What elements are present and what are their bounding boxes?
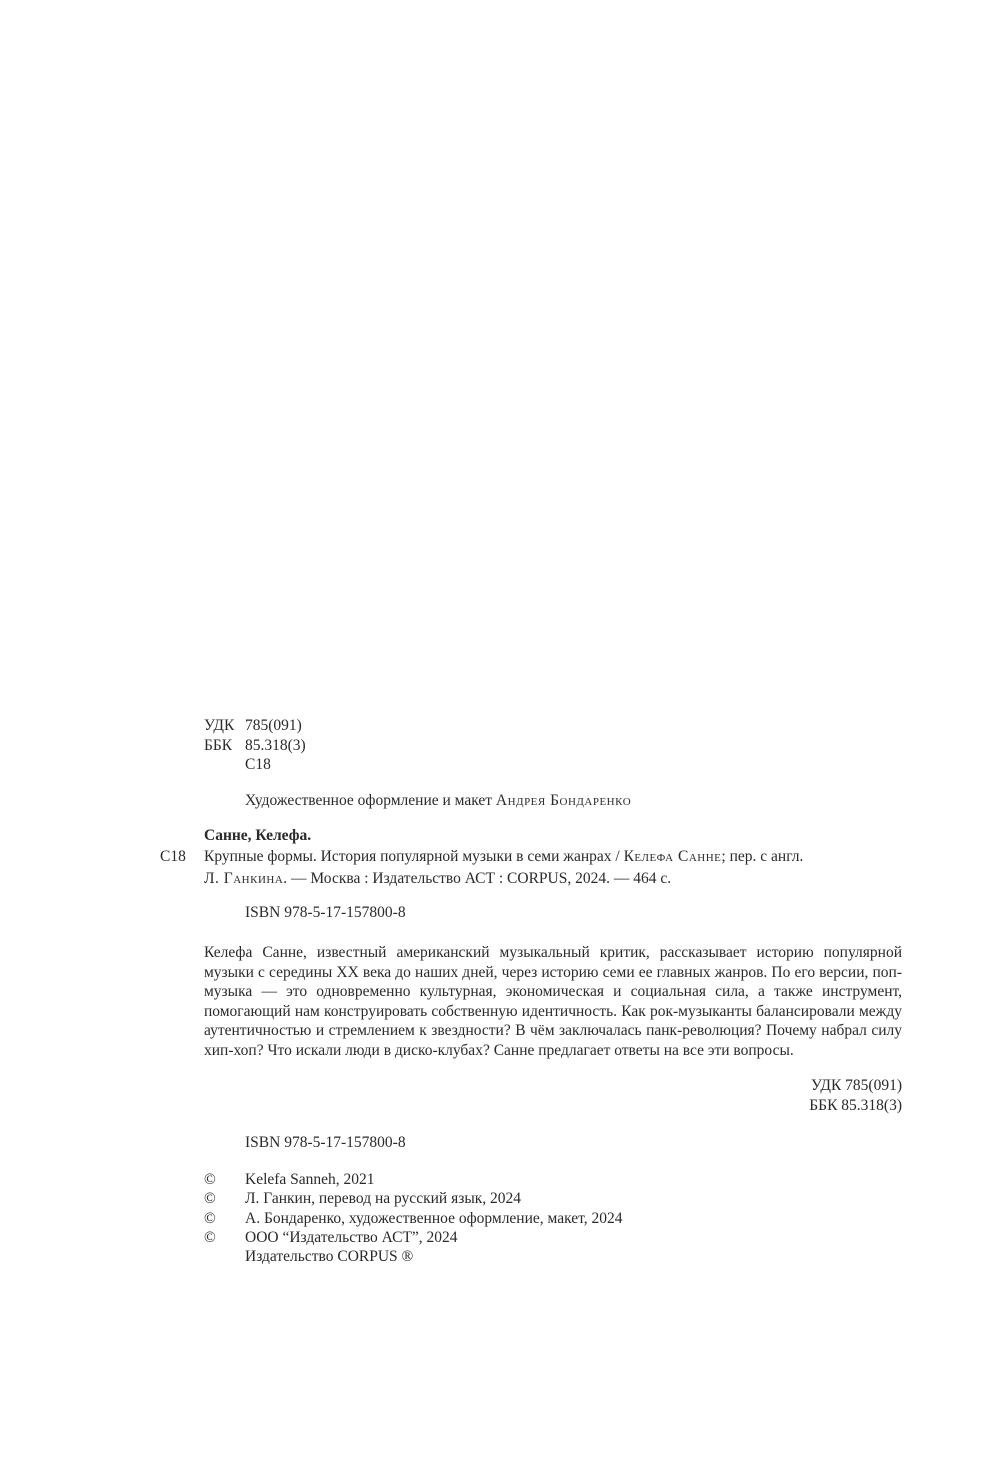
right-bbk: ББК 85.318(3) [809, 1096, 902, 1116]
record-publisher: . — Москва : Издательство АСТ : CORPUS, … [283, 870, 671, 887]
copyright-publisher: ООО “Издательство АСТ”, 2024 [245, 1228, 458, 1248]
record-heading: Санне, Келефа. [204, 826, 311, 846]
design-credit-text: Художественное оформление и макет [245, 792, 492, 809]
right-udk: УДК 785(091) [809, 1076, 902, 1096]
record-translation-note: ; пер. с англ. [721, 848, 803, 865]
isbn-bottom: ISBN 978-5-17-157800-8 [245, 1133, 406, 1153]
design-credit-name: Андрея Бондаренко [496, 792, 631, 809]
publisher-imprint: Издательство CORPUS ® [245, 1247, 413, 1267]
udk-value: 785(091) [245, 716, 302, 736]
record-title: Крупные формы. История популярной музыки… [204, 848, 624, 865]
copyright-symbol: © [204, 1189, 216, 1209]
bbk-label: ББК [204, 736, 232, 756]
record-author-mark: С18 [160, 847, 186, 867]
record-translator: Л. Ганкина [204, 870, 283, 887]
copyright-symbol: © [204, 1209, 216, 1229]
design-credit: Художественное оформление и макет Андрея… [245, 791, 631, 811]
copyright-symbol: © [204, 1228, 216, 1248]
record-title-line: Крупные формы. История популярной музыки… [204, 847, 803, 867]
copyright-author: Kelefa Sanneh, 2021 [245, 1170, 375, 1190]
bbk-value: 85.318(3) [245, 736, 306, 756]
record-publication-line: Л. Ганкина. — Москва : Издательство АСТ … [204, 869, 671, 889]
record-author: Келефа Санне [624, 848, 722, 865]
right-classification: УДК 785(091) ББК 85.318(3) [809, 1076, 902, 1116]
udk-label: УДК [204, 716, 234, 736]
record-isbn: ISBN 978-5-17-157800-8 [245, 903, 406, 923]
copyright-translation: Л. Ганкин, перевод на русский язык, 2024 [245, 1189, 521, 1209]
author-mark: С18 [245, 755, 271, 775]
copyright-symbol: © [204, 1170, 216, 1190]
annotation-paragraph: Келефа Санне, известный американский муз… [204, 943, 902, 1061]
copyright-design: А. Бондаренко, художественное оформление… [245, 1209, 623, 1229]
